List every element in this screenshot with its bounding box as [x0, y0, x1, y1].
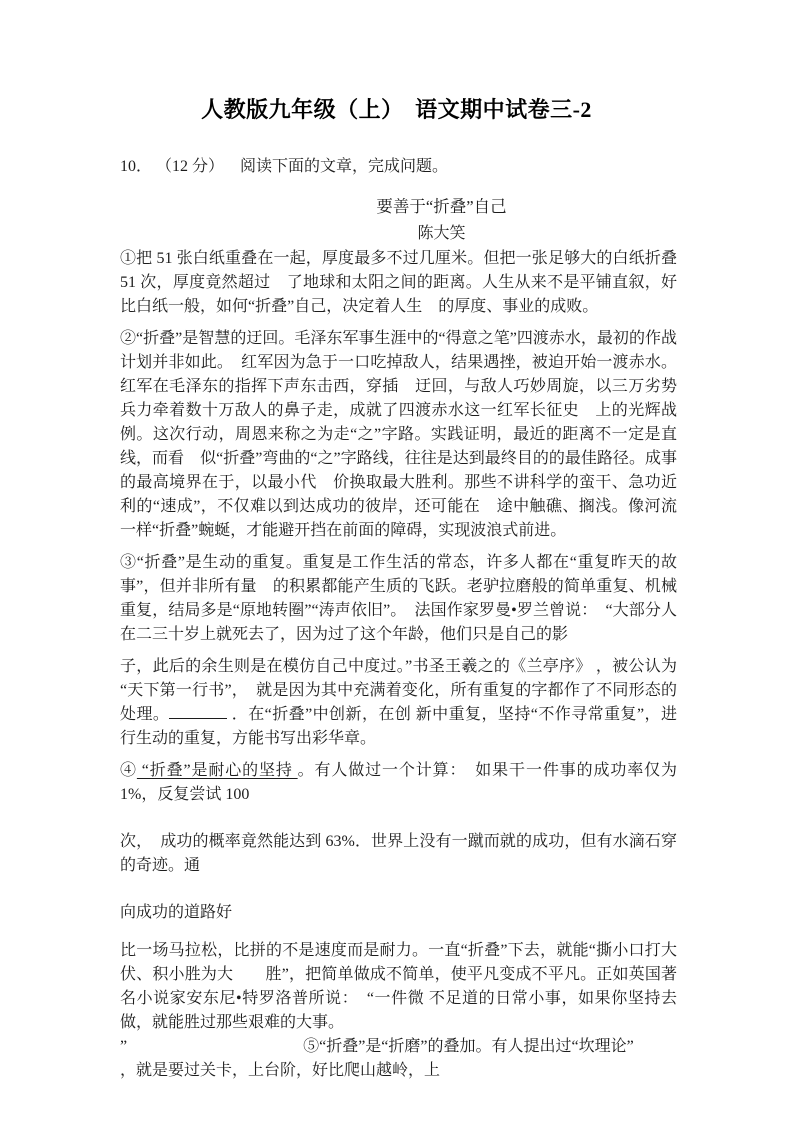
- text-run: ，就是要过关卡，上台阶，好比爬山越岭，上: [120, 1062, 440, 1079]
- article-paragraph: ③“折叠”是生动的重复。重复是工作生活的常态，许多人都在“重复昨天的故事”，但并…: [120, 551, 677, 647]
- document-title: 人教版九年级（上） 语文期中试卷三-2: [0, 0, 793, 124]
- text-run: 比一场马拉松，比拼的不是速度而是耐力。一直“折叠”下去，就能“撕小口打大伏、积小…: [120, 942, 677, 1031]
- text-run: ④: [120, 762, 137, 779]
- text-run: 向成功的道路好: [120, 904, 232, 921]
- underlined-phrase: “折叠”是耐心的坚持: [137, 762, 298, 779]
- question-prompt: 阅读下面的文章，完成问题。: [240, 158, 448, 175]
- document-content: 10．（12 分）阅读下面的文章，完成问题。 要善于“折叠”自己 陈大笑 ①把 …: [0, 155, 793, 1083]
- article-line: ” ⑤“折叠”是“折磨”的叠加。有人提出过“坎理论”: [120, 1035, 677, 1059]
- document-page: 人教版九年级（上） 语文期中试卷三-2 10．（12 分）阅读下面的文章，完成问…: [0, 0, 793, 1122]
- text-run: ①把 51 张白纸重叠在一起，厚度最多不过几厘米。但把一张足够大的白纸折叠51 …: [120, 250, 677, 315]
- article-paragraph: 向成功的道路好: [120, 901, 677, 925]
- fill-in-blank: [169, 704, 227, 719]
- article-paragraph: 子，此后的余生则是在模仿自己中度过。”书圣王羲之的《兰亭序》 ，被公认为“天下第…: [120, 655, 677, 751]
- article-paragraph: ④ “折叠”是耐心的坚持 。有人做过一个计算： 如果干一件事的成功率仅为 1%，…: [120, 759, 677, 807]
- text-run: 次， 成功的概率竟然能达到 63%．世界上没有一蹴而就的成功，但有水滴石穿的奇迹…: [120, 833, 677, 874]
- article-line: ，就是要过关卡，上台阶，好比爬山越岭，上: [120, 1059, 677, 1083]
- question-points: （12 分）: [164, 158, 224, 175]
- question-line: 10．（12 分）阅读下面的文章，完成问题。: [120, 155, 677, 179]
- text-run: ” ⑤“折叠”是“折磨”的叠加。有人提出过“坎理论”: [120, 1038, 634, 1055]
- article-paragraph: 比一场马拉松，比拼的不是速度而是耐力。一直“折叠”下去，就能“撕小口打大伏、积小…: [120, 939, 677, 1035]
- text-run: ②“折叠”是智慧的迂回。毛泽东军事生涯中的“得意之笔”四渡赤水，最初的作战计划并…: [120, 330, 677, 539]
- article-paragraph: 次， 成功的概率竟然能达到 63%．世界上没有一蹴而就的成功，但有水滴石穿的奇迹…: [120, 830, 677, 878]
- article-paragraph: ①把 51 张白纸重叠在一起，厚度最多不过几厘米。但把一张足够大的白纸折叠51 …: [120, 247, 677, 319]
- article-paragraph: ②“折叠”是智慧的迂回。毛泽东军事生涯中的“得意之笔”四渡赤水，最初的作战计划并…: [120, 327, 677, 543]
- article-title: 要善于“折叠”自己: [206, 195, 677, 219]
- article-body: ①把 51 张白纸重叠在一起，厚度最多不过几厘米。但把一张足够大的白纸折叠51 …: [120, 247, 677, 1083]
- text-run: ③“折叠”是生动的重复。重复是工作生活的常态，许多人都在“重复昨天的故事”，但并…: [120, 554, 677, 643]
- article-author: 陈大笑: [206, 222, 677, 246]
- question-number: 10．: [120, 158, 152, 175]
